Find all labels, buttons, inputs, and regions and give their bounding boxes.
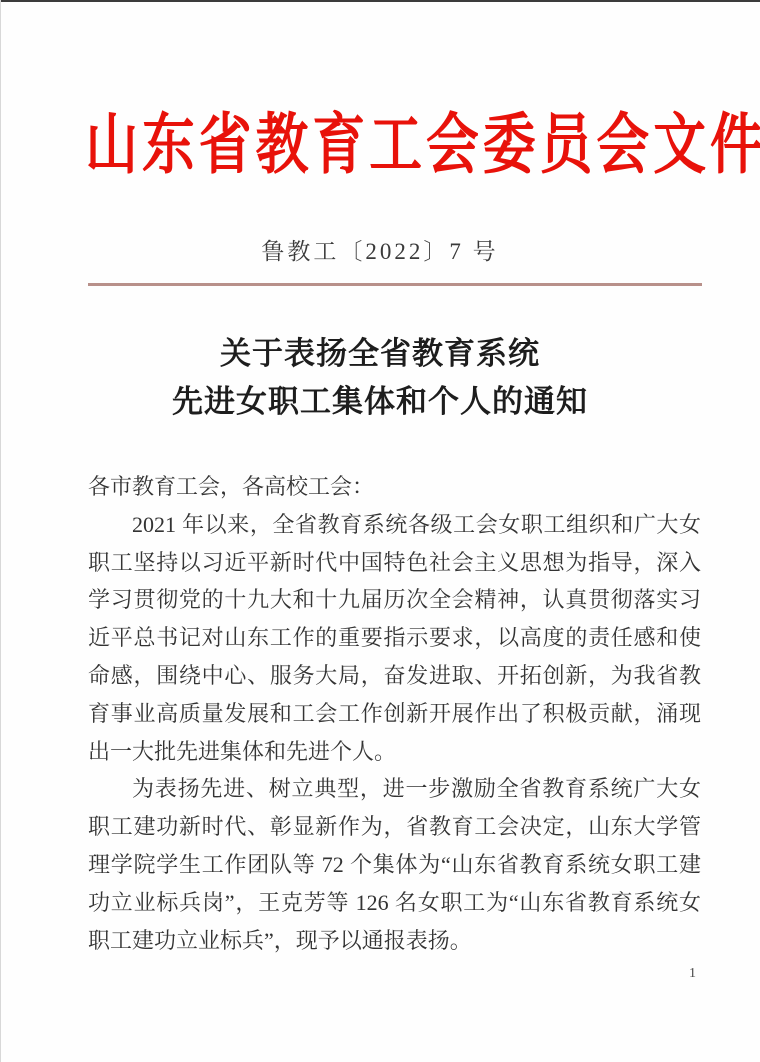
salutation: 各市教育工会，各高校工会：: [88, 468, 701, 506]
body-paragraph: 2021 年以来，全省教育系统各级工会女职工组织和广大女职工坚持以习近平新时代中…: [88, 506, 701, 771]
document-title: 关于表扬全省教育系统 先进女职工集体和个人的通知: [0, 330, 760, 426]
photo-top-edge-line: [0, 0, 760, 2]
document-title-line2: 先进女职工集体和个人的通知: [0, 378, 760, 426]
letterhead-org-title-text: 山东省教育工会委员会文件: [85, 110, 760, 182]
document-number: 鲁教工〔2022〕7 号: [0, 233, 760, 266]
document-title-line1: 关于表扬全省教育系统: [0, 330, 760, 378]
letterhead-org-title: 山东省教育工会委员会文件: [0, 110, 760, 182]
body-paragraph: 为表扬先进、树立典型，进一步激励全省教育系统广大女职工建功新时代、彰显新作为，省…: [88, 770, 701, 959]
page-number: 1: [689, 966, 696, 982]
document-body: 各市教育工会，各高校工会： 2021 年以来，全省教育系统各级工会女职工组织和广…: [88, 468, 701, 959]
document-page: 山东省教育工会委员会文件 鲁教工〔2022〕7 号 关于表扬全省教育系统 先进女…: [0, 0, 760, 1062]
red-divider-line: [88, 283, 702, 286]
